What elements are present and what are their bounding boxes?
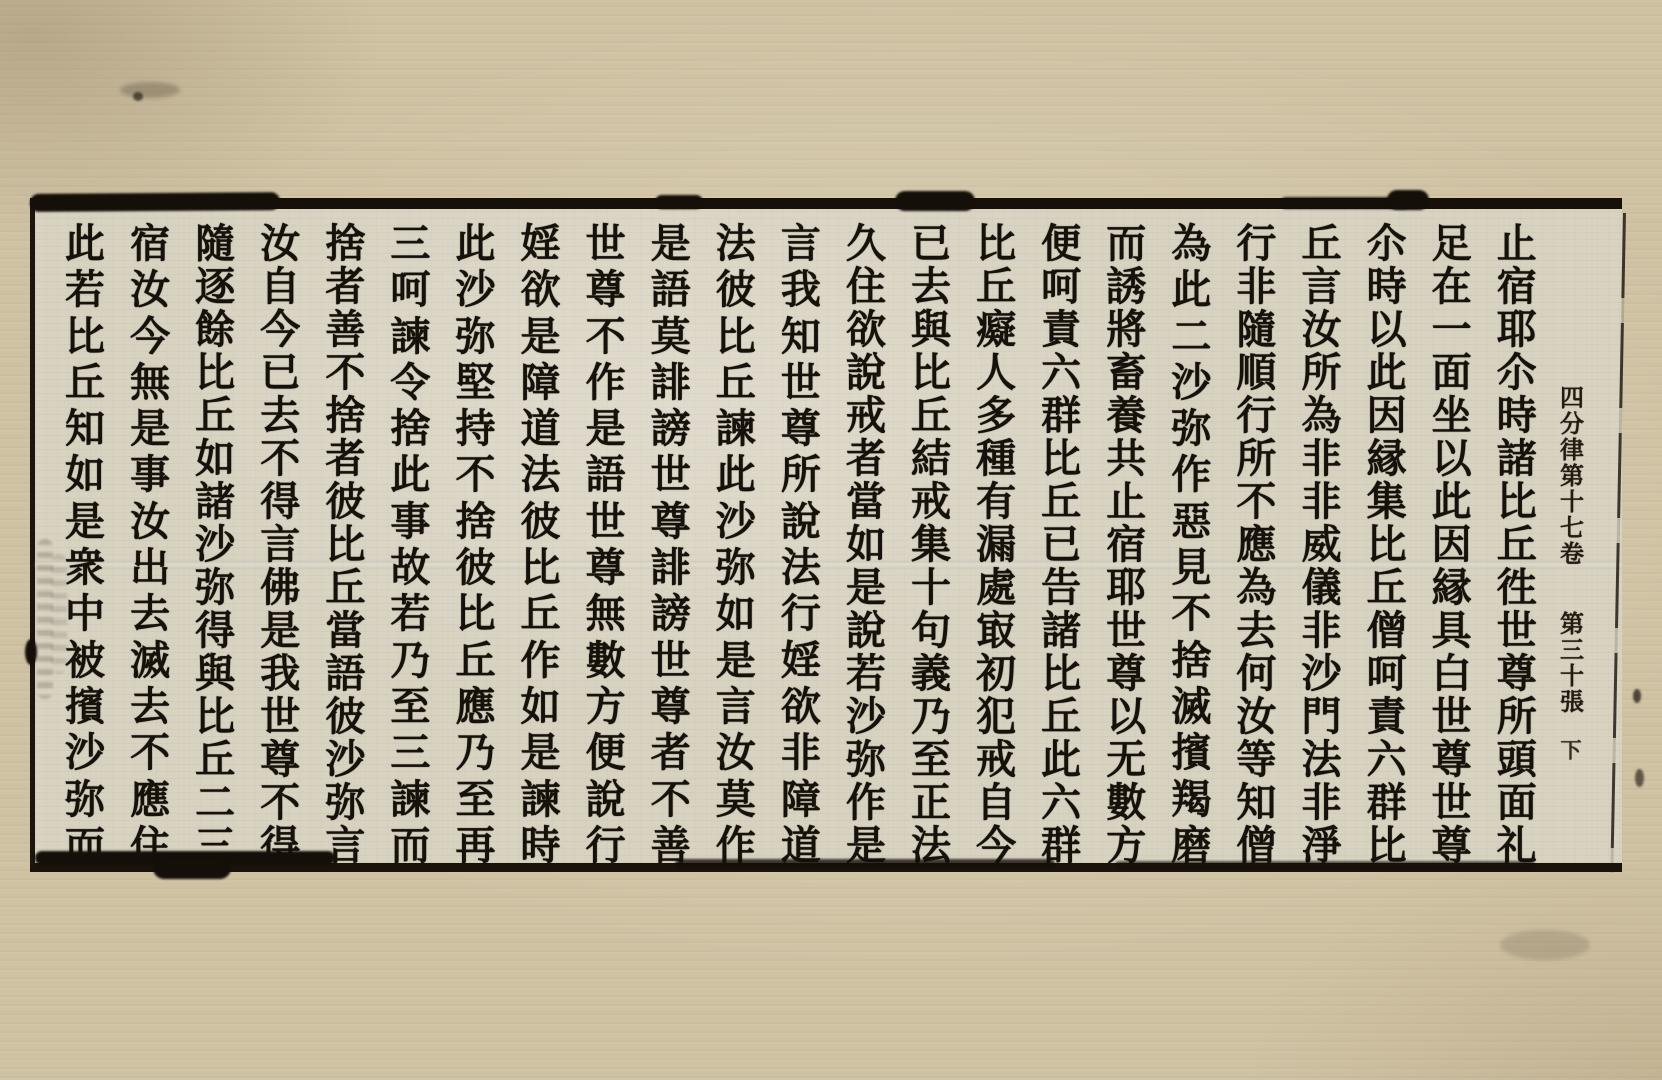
part-label: 下	[1555, 735, 1585, 765]
print-frame: 止宿耶尒時諸比丘徃世尊所頭面礼 足在一面坐以此因縁具白世尊世尊 尒時以此因縁集比…	[30, 198, 1622, 872]
scanned-page: 止宿耶尒時諸比丘徃世尊所頭面礼 足在一面坐以此因縁具白世尊世尊 尒時以此因縁集比…	[0, 0, 1662, 1080]
text-column: 丘言汝所為非非威儀非沙門法非淨	[1291, 224, 1351, 866]
handwritten-marginalia	[51, 554, 67, 674]
ink-blotch	[675, 859, 1055, 869]
text-column: 已去與比丘結戒集十句義乃至正法	[901, 224, 961, 866]
text-column: 法彼比丘諫此沙弥如是言汝莫作	[706, 224, 766, 866]
text-column: 便呵責六群比丘已告諸比丘此六群	[1031, 224, 1091, 866]
ink-blotch	[655, 195, 703, 209]
ink-blotch	[153, 857, 231, 879]
text-column: 此沙弥堅持不捨彼比丘應乃至再	[445, 224, 505, 866]
ink-blotch	[1115, 861, 1535, 869]
text-column: 言我知世尊所說法行婬欲非障道	[771, 224, 831, 866]
ink-speck	[133, 92, 143, 101]
text-column: 是語莫誹謗世尊誹謗世尊者不善	[641, 224, 701, 866]
text-column: 隨逐餘比丘如諸沙弥得與比丘二三	[185, 224, 245, 866]
text-column: 而誘將畜養共止宿耶世尊以无數方	[1096, 224, 1156, 866]
ink-blotch	[25, 639, 37, 665]
text-column: 汝自今已去不得言佛是我世尊不得	[250, 224, 310, 866]
margin-label-column: 四分律第十七卷 第三十張 下	[1547, 381, 1593, 765]
ink-blotch	[1635, 769, 1644, 787]
frame-right-border	[1610, 213, 1626, 873]
text-column: 世尊不作是語世尊無數方便說行	[576, 224, 636, 866]
paper-smudge	[1500, 930, 1590, 960]
text-column: 婬欲是障道法彼比丘作如是諫時	[511, 224, 571, 866]
volume-label: 四分律第十七卷	[1553, 381, 1588, 571]
text-column: 宿汝今無是事汝出去滅去不應住	[120, 224, 180, 866]
text-column: 此若比丘知如是衆中被擯沙弥而	[55, 224, 115, 866]
text-column: 為此二沙弥作惡見不捨滅擯羯磨	[1161, 224, 1221, 866]
text-column: 止宿耶尒時諸比丘徃世尊所頭面礼	[1487, 224, 1547, 866]
ink-blotch	[1387, 190, 1429, 210]
text-column: 比丘癡人多種有漏處㝡初犯戒自今	[966, 224, 1026, 866]
ink-blotch	[30, 192, 280, 212]
paper-smudge	[120, 82, 180, 98]
text-column: 足在一面坐以此因縁具白世尊世尊	[1422, 224, 1482, 866]
text-column: 捨者善不捨者彼比丘當語彼沙弥言	[315, 224, 375, 866]
text-block: 止宿耶尒時諸比丘徃世尊所頭面礼 足在一面坐以此因縁具白世尊世尊 尒時以此因縁集比…	[55, 224, 1547, 866]
text-column: 尒時以此因縁集比丘僧呵責六群比	[1357, 224, 1417, 866]
text-column: 行非隨順行所不應為去何汝等知僧	[1226, 224, 1286, 866]
ink-blotch	[895, 191, 975, 211]
text-column: 久住欲說戒者當如是說若沙弥作是	[836, 224, 896, 866]
text-column: 三呵諫令捨此事故若乃至三諫而	[380, 224, 440, 866]
sheet-number-label: 第三十張	[1553, 607, 1588, 719]
ink-blotch	[1633, 689, 1641, 703]
